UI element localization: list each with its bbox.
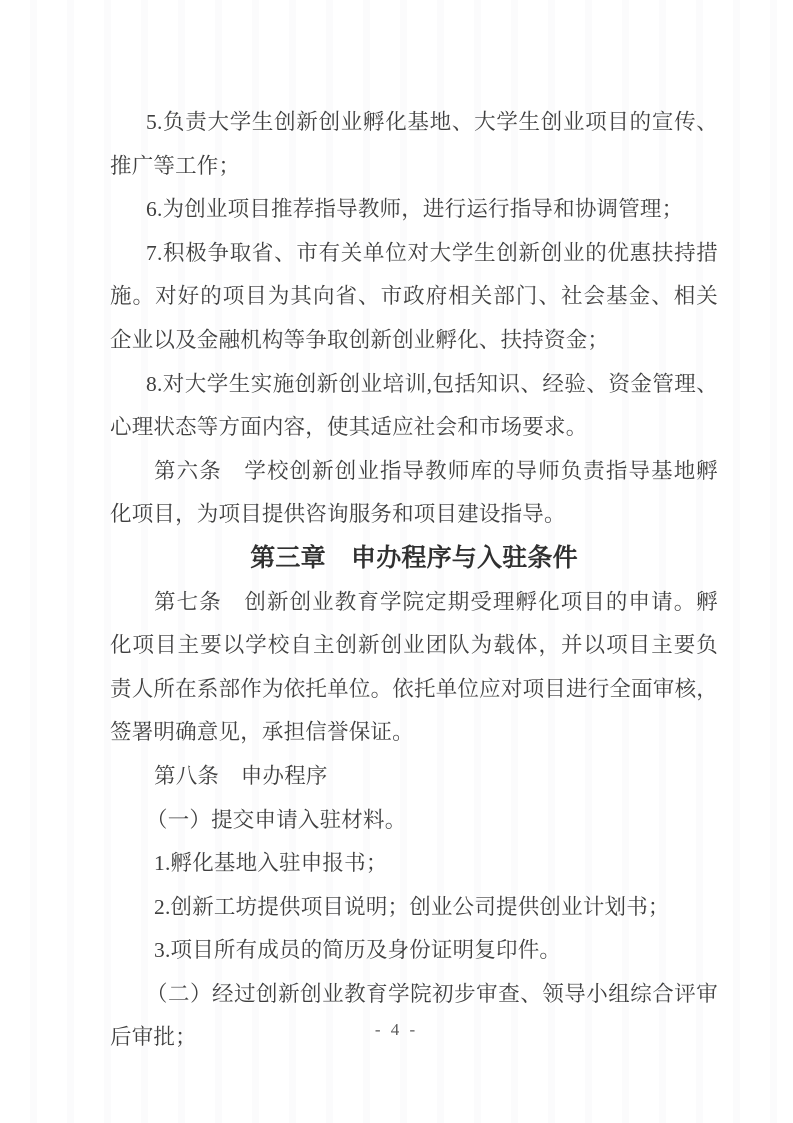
text-line: 3.项目所有成员的简历及身份证明复印件。	[110, 929, 718, 973]
paragraph: 第八条 申办程序	[110, 755, 718, 799]
document-page: 5.负责大学生创新创业孵化基地、大学生创业项目的宣传、推广等工作；6.为创业项目…	[110, 101, 718, 1060]
text-line: 2.创新工坊提供项目说明；创业公司提供创业计划书；	[110, 886, 718, 930]
text-line: 第六条 学校创新创业指导教师库的导师负责指导基地孵	[110, 450, 718, 494]
text-line: 8.对大学生实施创新创业培训,包括知识、经验、资金管理、	[110, 363, 718, 407]
paragraph: 第六条 学校创新创业指导教师库的导师负责指导基地孵化项目，为项目提供咨询服务和项…	[110, 450, 718, 537]
chapter-heading: 第三章 申办程序与入驻条件	[110, 537, 718, 581]
text-line: 心理状态等方面内容，使其适应社会和市场要求。	[110, 406, 718, 450]
paragraph: 1.孵化基地入驻申报书；	[110, 842, 718, 886]
paragraph: 8.对大学生实施创新创业培训,包括知识、经验、资金管理、心理状态等方面内容，使其…	[110, 363, 718, 450]
text-line: 5.负责大学生创新创业孵化基地、大学生创业项目的宣传、	[110, 101, 718, 145]
paragraph: 5.负责大学生创新创业孵化基地、大学生创业项目的宣传、推广等工作；	[110, 101, 718, 188]
paragraph: 第七条 创新创业教育学院定期受理孵化项目的申请。孵化项目主要以学校自主创新创业团…	[110, 581, 718, 755]
text-line: 企业以及金融机构等争取创新创业孵化、扶持资金；	[110, 319, 718, 363]
paragraph: 2.创新工坊提供项目说明；创业公司提供创业计划书；	[110, 886, 718, 930]
paragraph: （二）经过创新创业教育学院初步审查、领导小组综合评审后审批；	[110, 973, 718, 1060]
text-line: 7.积极争取省、市有关单位对大学生创新创业的优惠扶持措	[110, 232, 718, 276]
page-number: - 4 -	[0, 1018, 793, 1042]
text-line: 1.孵化基地入驻申报书；	[110, 842, 718, 886]
text-line: （二）经过创新创业教育学院初步审查、领导小组综合评审	[110, 973, 718, 1017]
text-line: 签署明确意见，承担信誉保证。	[110, 711, 718, 755]
text-line: 6.为创业项目推荐指导教师，进行运行指导和协调管理；	[110, 188, 718, 232]
paragraph: 3.项目所有成员的简历及身份证明复印件。	[110, 929, 718, 973]
paragraph: （一）提交申请入驻材料。	[110, 799, 718, 843]
text-line: 责人所在系部作为依托单位。依托单位应对项目进行全面审核，	[110, 668, 718, 712]
text-line: 化项目主要以学校自主创新创业团队为载体，并以项目主要负	[110, 624, 718, 668]
text-line: 施。对好的项目为其向省、市政府相关部门、社会基金、相关	[110, 275, 718, 319]
text-line: 化项目，为项目提供咨询服务和项目建设指导。	[110, 493, 718, 537]
text-line: 第八条 申办程序	[110, 755, 718, 799]
text-line: （一）提交申请入驻材料。	[110, 799, 718, 843]
text-line: 第七条 创新创业教育学院定期受理孵化项目的申请。孵	[110, 581, 718, 625]
chapter-heading-text: 第三章 申办程序与入驻条件	[110, 537, 718, 581]
paragraph: 7.积极争取省、市有关单位对大学生创新创业的优惠扶持措施。对好的项目为其向省、市…	[110, 232, 718, 363]
text-line: 推广等工作；	[110, 145, 718, 189]
paragraph: 6.为创业项目推荐指导教师，进行运行指导和协调管理；	[110, 188, 718, 232]
